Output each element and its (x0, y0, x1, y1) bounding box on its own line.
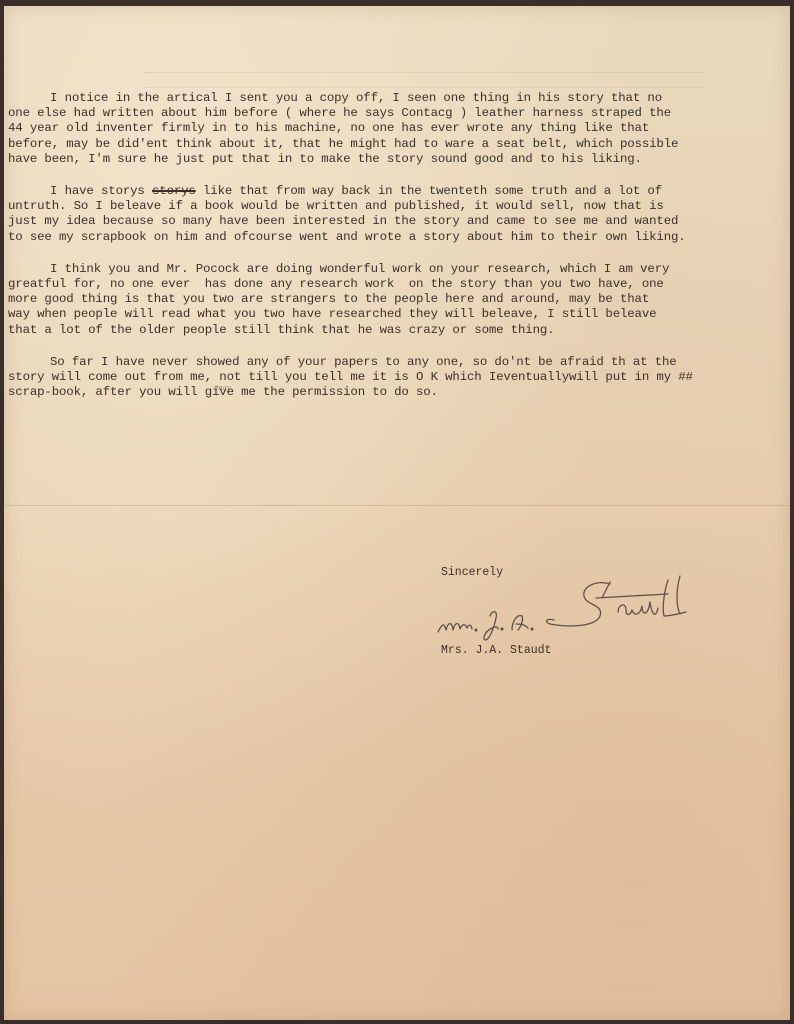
text-line: 44 year old inventer firmly in to his ma… (50, 121, 780, 136)
text-segment: like that from way back in the twenteth … (196, 184, 662, 198)
letter-body: I notice in the artical I sent you a cop… (50, 91, 780, 417)
text-line: have been, I'm sure he just put that in … (50, 152, 780, 167)
handwritten-signature: Mrs. J.A. Staudt (432, 572, 702, 642)
text-line: scrap-book, after you will give me the p… (50, 385, 780, 400)
text-line: I think you and Mr. Pocock are doing won… (50, 262, 780, 277)
text-line: way when people will read what you two h… (50, 307, 780, 322)
text-line: So far I have never showed any of your p… (50, 355, 780, 370)
text-line: just my idea because so many have been i… (50, 214, 780, 229)
text-line: before, may be did'ent think about it, t… (50, 137, 780, 152)
text-line: more good thing is that you two are stra… (50, 292, 780, 307)
text-line: that a lot of the older people still thi… (50, 323, 780, 338)
text-line: I have storys storys like that from way … (50, 184, 780, 199)
paper-fold-line (4, 505, 790, 506)
paragraph-3: I think you and Mr. Pocock are doing won… (50, 262, 780, 338)
paragraph-4: So far I have never showed any of your p… (50, 355, 780, 401)
struck-text: storys (152, 184, 196, 198)
text-line: untruth. So I beleave if a book would be… (50, 199, 780, 214)
paragraph-1: I notice in the artical I sent you a cop… (50, 91, 780, 167)
text-line: story will come out from me, not till yo… (50, 370, 780, 385)
faint-bleed-through-marks (144, 72, 704, 88)
text-line: greatful for, no one ever has done any r… (50, 277, 780, 292)
text-segment: I have storys (50, 184, 152, 198)
paragraph-2: I have storys storys like that from way … (50, 184, 780, 245)
typed-signer-name: Mrs. J.A. Staudt (441, 644, 551, 657)
signature-scrawl-icon (432, 572, 702, 642)
text-line: one else had written about him before ( … (50, 106, 780, 121)
text-line: to see my scrapbook on him and ofcourse … (50, 230, 780, 245)
text-line: I notice in the artical I sent you a cop… (50, 91, 780, 106)
pencil-annotation: may (216, 384, 231, 392)
